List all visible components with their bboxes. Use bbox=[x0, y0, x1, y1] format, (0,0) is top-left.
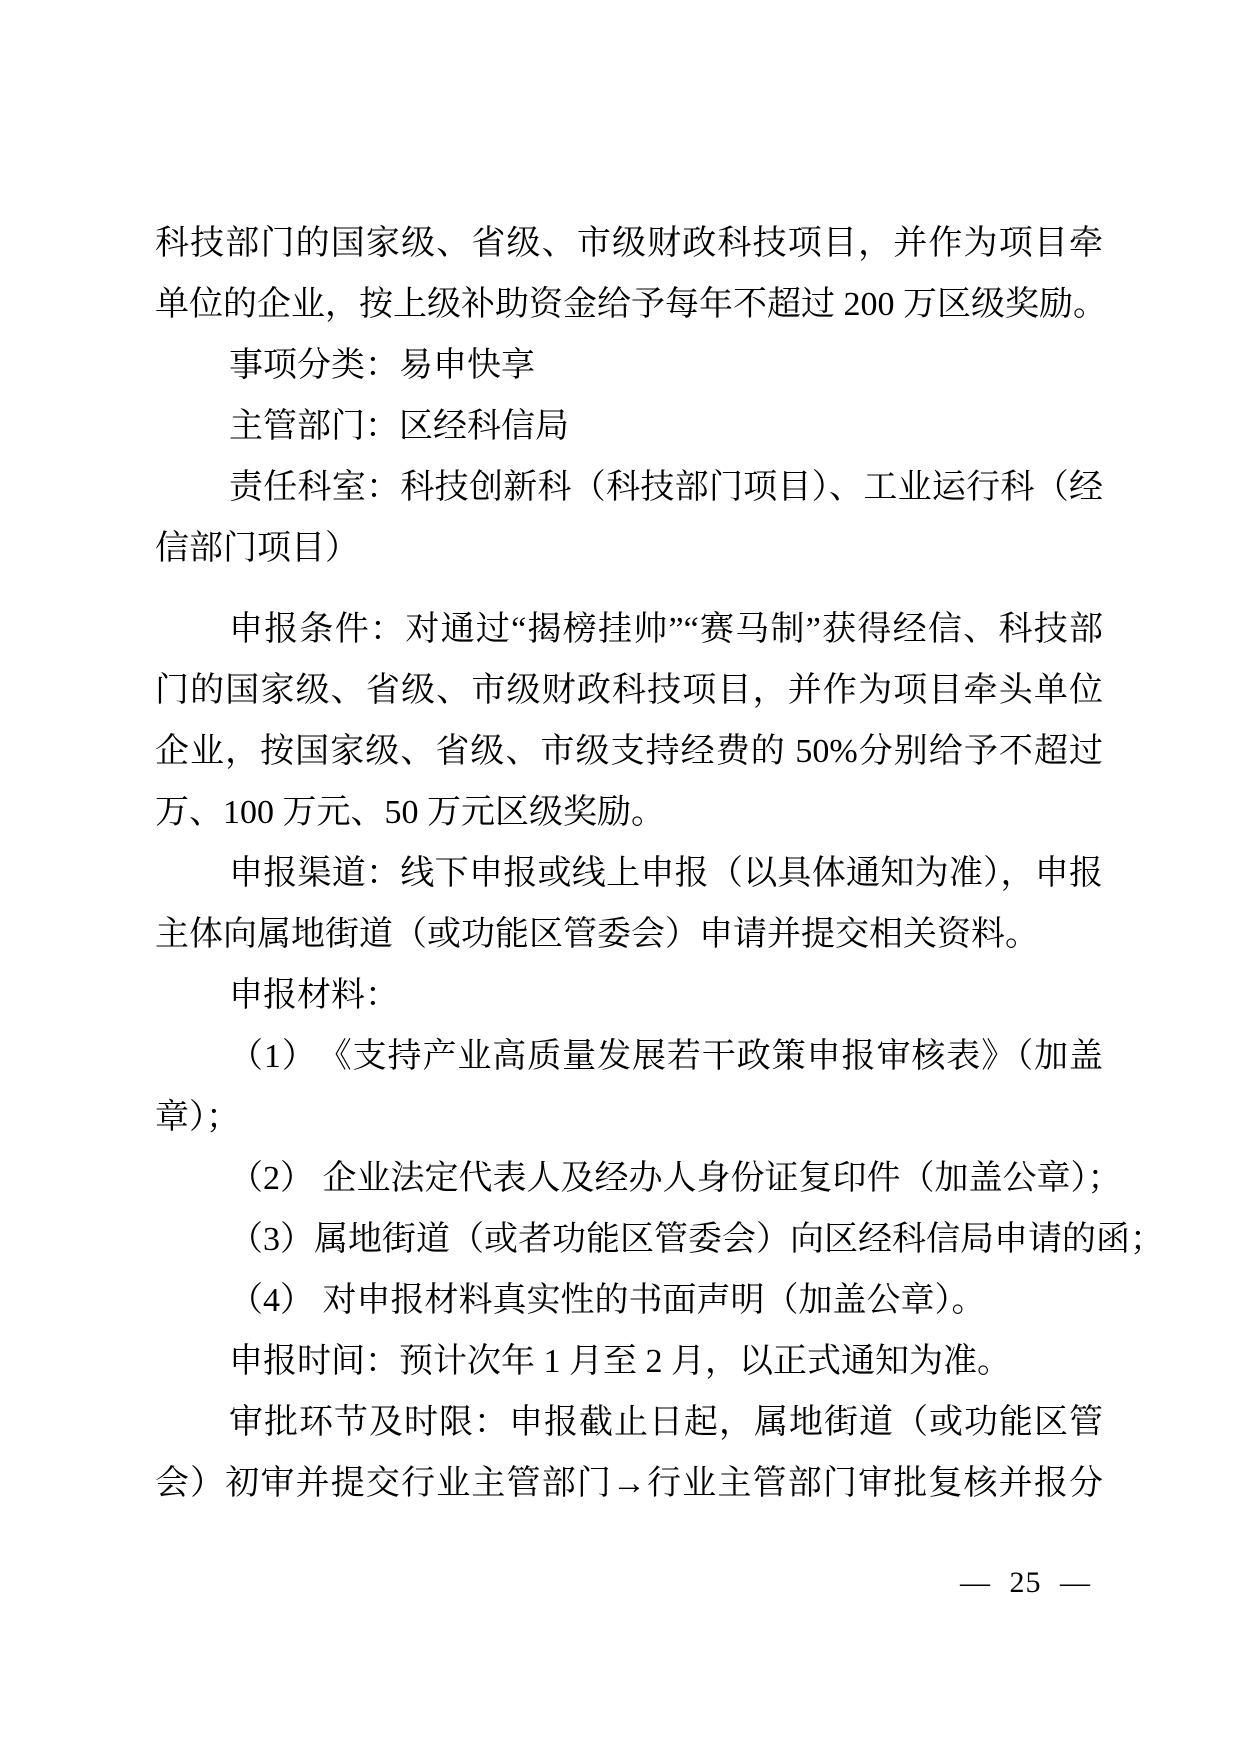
text-line-3: 事项分类：易申快享 bbox=[155, 335, 1103, 396]
text-line-10: 万、100 万元、50 万元区级奖励。 bbox=[155, 782, 1103, 843]
text-line-14: （1） 《支持产业高质量发展若干政策申报审核表》（加盖公 bbox=[155, 1026, 1103, 1087]
text-line-7: 申报条件：对通过“揭榜挂帅”“赛马制”获得经信、科技部 bbox=[155, 599, 1103, 660]
document-body: 科技部门的国家级、省级、市级财政科技项目，并作为项目牵头 单位的企业，按上级补助… bbox=[155, 213, 1103, 1514]
page-number: — 25 — bbox=[960, 1563, 1091, 1603]
text-line-5: 责任科室：科技创新科（科技部门项目）、工业运行科（经 bbox=[155, 457, 1103, 518]
text-line-16: （2） 企业法定代表人及经办人身份证复印件（加盖公章）； bbox=[155, 1148, 1103, 1209]
text-line-11: 申报渠道：线下申报或线上申报（以具体通知为准），申报 bbox=[155, 843, 1103, 904]
document-page: 科技部门的国家级、省级、市级财政科技项目，并作为项目牵头 单位的企业，按上级补助… bbox=[0, 0, 1241, 1755]
text-line-1: 科技部门的国家级、省级、市级财政科技项目，并作为项目牵头 bbox=[155, 213, 1103, 274]
text-line-4: 主管部门：区经科信局 bbox=[155, 396, 1103, 457]
text-line-12: 主体向属地街道（或功能区管委会）申请并提交相关资料。 bbox=[155, 904, 1103, 965]
text-line-21: 会）初审并提交行业主管部门→行业主管部门审批复核并报分管 bbox=[155, 1453, 1103, 1514]
text-line-18: （4） 对申报材料真实性的书面声明（加盖公章）。 bbox=[155, 1270, 1103, 1331]
text-line-13: 申报材料： bbox=[155, 965, 1103, 1026]
text-line-17: （3）属地街道（或者功能区管委会）向区经科信局申请的函； bbox=[155, 1209, 1103, 1270]
text-line-2: 单位的企业，按上级补助资金给予每年不超过 200 万区级奖励。 bbox=[155, 274, 1103, 335]
text-line-9: 企业，按国家级、省级、市级支持经费的 50%分别给予不超过 200 bbox=[155, 721, 1103, 782]
text-line-19: 申报时间：预计次年 1 月至 2 月，以正式通知为准。 bbox=[155, 1331, 1103, 1392]
text-line-8: 门的国家级、省级、市级财政科技项目，并作为项目牵头单位的 bbox=[155, 660, 1103, 721]
text-line-20: 审批环节及时限：申报截止日起，属地街道（或功能区管委 bbox=[155, 1392, 1103, 1453]
text-line-6: 信部门项目） bbox=[155, 518, 1103, 579]
text-line-15: 章）； bbox=[155, 1087, 1103, 1148]
